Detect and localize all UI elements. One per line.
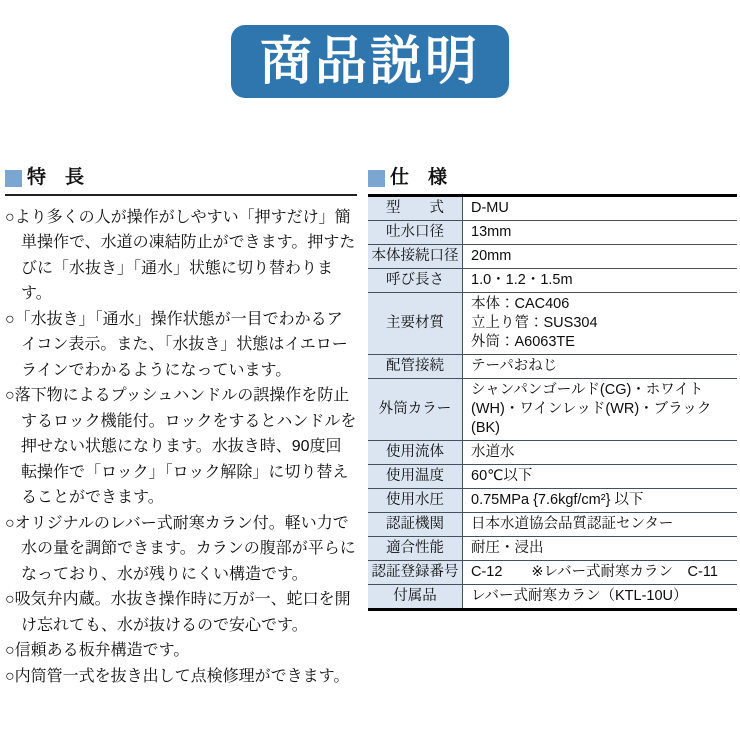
spec-value: 0.75MPa {7.6kgf/cm²} 以下 <box>463 488 738 512</box>
spec-label: 呼び長さ <box>368 268 463 292</box>
spec-value: テーパおねじ <box>463 354 738 378</box>
heading-square-icon <box>5 170 22 187</box>
spec-row: 使用温度60℃以下 <box>368 464 737 488</box>
spec-row: 使用水圧0.75MPa {7.6kgf/cm²} 以下 <box>368 488 737 512</box>
spec-value: 20mm <box>463 244 738 268</box>
feature-item: ○信頼ある板弁構造です。 <box>5 638 357 664</box>
spec-table: 型 式D-MU吐水口径13mm本体接続口径20mm呼び長さ1.0・1.2・1.5… <box>368 194 737 611</box>
spec-value: 日本水道協会品質認証センター <box>463 512 738 536</box>
spec-label: 外筒カラー <box>368 378 463 440</box>
specs-section: 仕 様 型 式D-MU吐水口径13mm本体接続口径20mm呼び長さ1.0・1.2… <box>368 168 737 689</box>
spec-label: 使用流体 <box>368 440 463 464</box>
content-columns: 特 長 ○より多くの人が操作がしやすい「押すだけ」簡単操作で、水道の凍結防止がで… <box>5 168 737 689</box>
feature-item: ○より多くの人が操作がしやすい「押すだけ」簡単操作で、水道の凍結防止ができます。… <box>5 205 357 307</box>
spec-label: 主要材質 <box>368 292 463 354</box>
feature-item: ○「水抜き」「通水」操作状態が一目でわかるアイコン表示。また、「水抜き」状態はイ… <box>5 307 357 384</box>
product-description-page: 商品説明 特 長 ○より多くの人が操作がしやすい「押すだけ」簡単操作で、水道の凍… <box>0 25 740 689</box>
spec-label: 適合性能 <box>368 536 463 560</box>
spec-row: 外筒カラーシャンパンゴールド(CG)・ホワイト(WH)・ワインレッド(WR)・ブ… <box>368 378 737 440</box>
spec-value: 本体：CAC406 立上り管：SUS304 外筒：A6063TE <box>463 292 738 354</box>
feature-item: ○内筒管一式を抜き出して点検修理ができます。 <box>5 664 357 690</box>
spec-row: 主要材質本体：CAC406 立上り管：SUS304 外筒：A6063TE <box>368 292 737 354</box>
spec-value: 1.0・1.2・1.5m <box>463 268 738 292</box>
spec-table-body: 型 式D-MU吐水口径13mm本体接続口径20mm呼び長さ1.0・1.2・1.5… <box>368 195 737 609</box>
heading-square-icon <box>368 170 385 187</box>
spec-row: 呼び長さ1.0・1.2・1.5m <box>368 268 737 292</box>
features-section: 特 長 ○より多くの人が操作がしやすい「押すだけ」簡単操作で、水道の凍結防止がで… <box>5 168 357 689</box>
spec-row: 付属品レバー式耐寒カラン（KTL-10U） <box>368 584 737 609</box>
spec-row: 適合性能耐圧・浸出 <box>368 536 737 560</box>
spec-label: 使用水圧 <box>368 488 463 512</box>
spec-label: 認証機関 <box>368 512 463 536</box>
spec-row: 使用流体水道水 <box>368 440 737 464</box>
spec-label: 吐水口径 <box>368 220 463 244</box>
spec-label: 認証登録番号 <box>368 560 463 584</box>
spec-row: 認証機関日本水道協会品質認証センター <box>368 512 737 536</box>
feature-list: ○より多くの人が操作がしやすい「押すだけ」簡単操作で、水道の凍結防止ができます。… <box>5 205 357 690</box>
spec-row: 型 式D-MU <box>368 195 737 220</box>
spec-row: 本体接続口径20mm <box>368 244 737 268</box>
features-heading-label: 特 長 <box>27 168 84 189</box>
spec-value: D-MU <box>463 195 738 220</box>
spec-value: シャンパンゴールド(CG)・ホワイト(WH)・ワインレッド(WR)・ブラック(B… <box>463 378 738 440</box>
spec-value: C-12 ※レバー式耐寒カラン C-11 <box>463 560 738 584</box>
spec-row: 吐水口径13mm <box>368 220 737 244</box>
spec-value: レバー式耐寒カラン（KTL-10U） <box>463 584 738 609</box>
spec-label: 本体接続口径 <box>368 244 463 268</box>
banner: 商品説明 <box>231 25 509 98</box>
feature-item: ○吸気弁内蔵。水抜き操作時に万が一、蛇口を開け忘れても、水が抜けるので安心です。 <box>5 587 357 638</box>
specs-heading: 仕 様 <box>368 168 737 194</box>
spec-label: 使用温度 <box>368 464 463 488</box>
feature-item: ○落下物によるプッシュハンドルの誤操作を防止するロック機能付。ロックをするとハン… <box>5 383 357 511</box>
spec-value: 耐圧・浸出 <box>463 536 738 560</box>
spec-label: 付属品 <box>368 584 463 609</box>
banner-title: 商品説明 <box>260 36 480 88</box>
spec-value: 60℃以下 <box>463 464 738 488</box>
spec-label: 配管接続 <box>368 354 463 378</box>
spec-value: 水道水 <box>463 440 738 464</box>
spec-row: 配管接続テーパおねじ <box>368 354 737 378</box>
spec-label: 型 式 <box>368 195 463 220</box>
specs-heading-label: 仕 様 <box>390 168 447 189</box>
spec-row: 認証登録番号C-12 ※レバー式耐寒カラン C-11 <box>368 560 737 584</box>
feature-item: ○オリジナルのレバー式耐寒カラン付。軽い力で水の量を調節できます。カランの腹部が… <box>5 511 357 588</box>
features-heading: 特 長 <box>5 168 357 196</box>
spec-value: 13mm <box>463 220 738 244</box>
